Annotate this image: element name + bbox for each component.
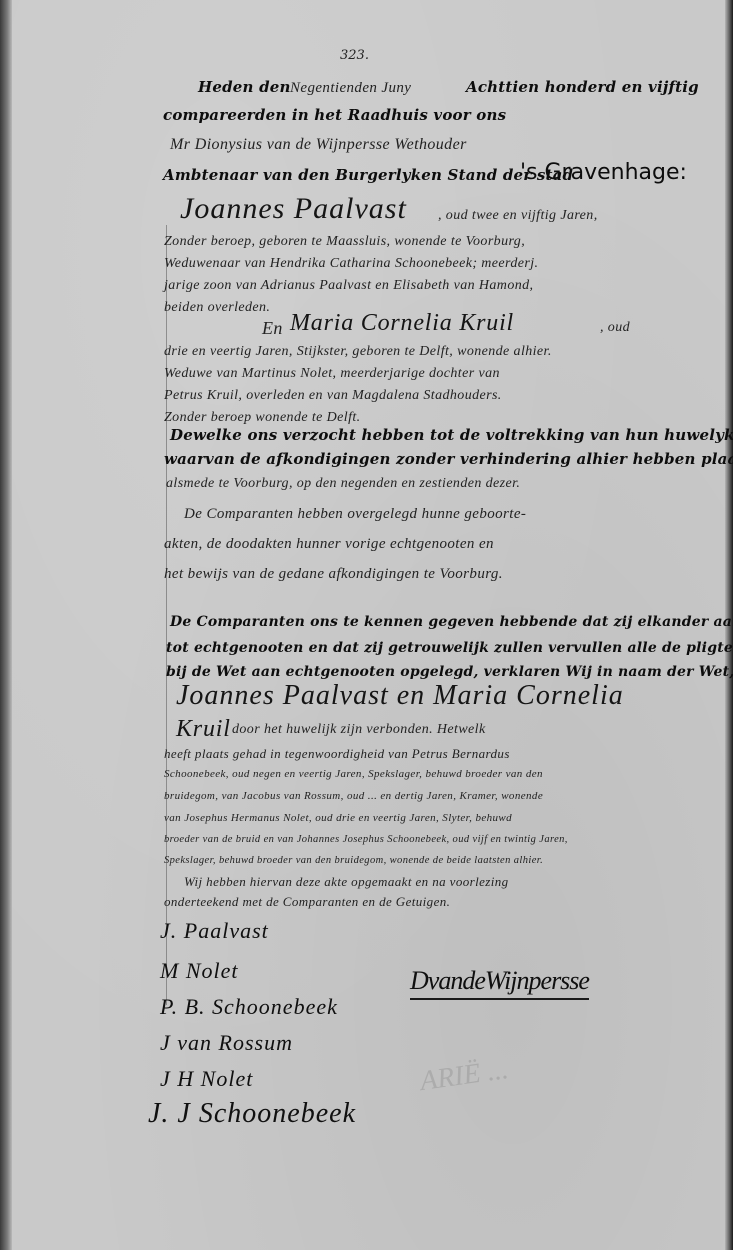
- printed-declaration-2: tot echtgenooten en dat zij getrouwelijk…: [166, 640, 733, 656]
- declaration-hand-9: onderteekend met de Comparanten en de Ge…: [164, 894, 450, 910]
- printed-year: Achttien honderd en vijftig: [466, 78, 699, 96]
- printed-request-2: waarvan de afkondigingen zonder verhinde…: [164, 450, 733, 468]
- groom-age: , oud twee en vijftig Jaren,: [438, 208, 598, 224]
- printed-heden-den: Heden den: [198, 78, 291, 96]
- couple-names-line-2: Kruil: [176, 716, 231, 743]
- page-left-edge-shadow: [0, 0, 12, 1250]
- groom-name: Joannes Paalvast: [180, 192, 407, 226]
- bride-line-2: drie en veertig Jaren, Stijkster, gebore…: [164, 344, 552, 360]
- declaration-hand-1: door het huwelijk zijn verbonden. Hetwel…: [232, 722, 486, 738]
- handwritten-date: Negentienden Juny: [290, 80, 411, 97]
- documents-line-2: akten, de doodakten hunner vorige echtge…: [164, 536, 494, 553]
- signature-official: DvandeWijnpersse: [410, 966, 589, 1000]
- bride-line-4: Petrus Kruil, overleden en van Magdalena…: [164, 388, 502, 404]
- declaration-hand-2: heeft plaats gehad in tegenwoordigheid v…: [164, 746, 510, 762]
- city-name: 's Gravenhage:: [520, 160, 687, 185]
- declaration-hand-6: broeder van de bruid en van Johannes Jos…: [164, 834, 568, 845]
- declaration-hand-4: bruidegom, van Jacobus van Rossum, oud .…: [164, 790, 543, 802]
- signature-groom: J. Paalvast: [160, 918, 269, 944]
- bleed-through-text: ARIË ...: [418, 1054, 510, 1098]
- printed-declaration-3: bij de Wet aan echtgenooten opgelegd, ve…: [166, 664, 733, 680]
- groom-line-5: beiden overleden.: [164, 300, 270, 316]
- groom-line-4: jarige zoon van Adrianus Paalvast en Eli…: [164, 278, 533, 294]
- declaration-hand-7: Spekslager, behuwd broeder van den bruid…: [164, 855, 543, 866]
- bride-prefix: En: [262, 318, 283, 339]
- register-page: ARIË ... 323. Heden den Negentienden Jun…: [0, 0, 733, 1250]
- signature-witness-1: P. B. Schoonebeek: [160, 994, 338, 1020]
- signature-witness-4: J. J Schoonebeek: [148, 1098, 356, 1130]
- bride-name: Maria Cornelia Kruil: [290, 310, 514, 337]
- printed-declaration-1: De Comparanten ons te kennen gegeven heb…: [170, 614, 733, 630]
- documents-line-3: het bewijs van de gedane afkondigingen t…: [164, 566, 503, 583]
- handwritten-official-name: Mr Dionysius van de Wijnpersse Wethouder: [170, 136, 467, 154]
- bride-line-3: Weduwe van Martinus Nolet, meerderjarige…: [164, 366, 500, 382]
- printed-compareerden: compareerden in het Raadhuis voor ons: [163, 106, 506, 124]
- documents-line-1: De Comparanten hebben overgelegd hunne g…: [184, 506, 526, 523]
- bride-age-prefix: , oud: [600, 320, 630, 336]
- handwritten-proclamations: alsmede te Voorburg, op den negenden en …: [166, 476, 520, 492]
- printed-ambtenaar: Ambtenaar van den Burgerlyken Stand der …: [163, 166, 573, 184]
- signature-witness-2: J van Rossum: [160, 1030, 293, 1056]
- margin-rule: [166, 225, 167, 1005]
- signature-bride: M Nolet: [160, 958, 239, 984]
- declaration-hand-3: Schoonebeek, oud negen en veertig Jaren,…: [164, 768, 543, 780]
- signature-witness-3: J H Nolet: [160, 1066, 253, 1092]
- declaration-hand-5: van Josephus Hermanus Nolet, oud drie en…: [164, 812, 512, 824]
- declaration-hand-8: Wij hebben hiervan deze akte opgemaakt e…: [184, 874, 509, 890]
- groom-line-2: Zonder beroep, geboren te Maassluis, won…: [164, 234, 525, 250]
- printed-request-1: Dewelke ons verzocht hebben tot de voltr…: [170, 426, 733, 444]
- bride-line-5: Zonder beroep wonende te Delft.: [164, 410, 361, 426]
- groom-line-3: Weduwenaar van Hendrika Catharina Schoon…: [164, 256, 538, 272]
- page-number: 323.: [340, 48, 369, 63]
- couple-names-line-1: Joannes Paalvast en Maria Cornelia: [176, 680, 624, 712]
